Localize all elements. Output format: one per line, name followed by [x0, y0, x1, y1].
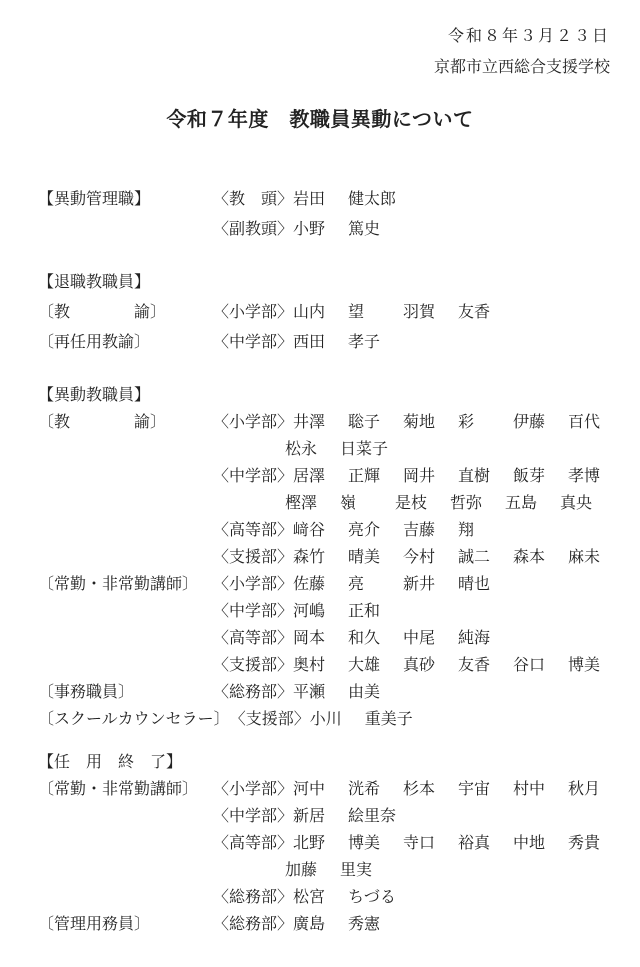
role-label — [38, 436, 213, 463]
given-name: 秀憲 — [348, 911, 403, 938]
role-label — [38, 598, 213, 625]
surname: 真砂 — [403, 652, 458, 679]
section-management-transfers: 【異動管理職】〈教 頭〉岩田健太郎〈副教頭〉小野篤史 — [38, 185, 640, 245]
table-row: 〈副教頭〉小野篤史 — [38, 215, 640, 245]
given-name: 晴也 — [458, 571, 513, 598]
role-label: 〔教 諭〕 — [38, 409, 213, 436]
given-name: ちづる — [348, 884, 403, 911]
dept-label: 〈副教頭〉 — [213, 215, 293, 245]
given-name: 大雄 — [348, 652, 403, 679]
table-row: 〔再任用教諭〕〈中学部〉西田孝子 — [38, 328, 640, 358]
dept-label: 〈中学部〉 — [213, 328, 293, 358]
surname: 平瀬 — [293, 679, 348, 706]
given-name: 望 — [348, 298, 403, 328]
surname: 森竹 — [293, 544, 348, 571]
given-name: 正輝 — [348, 463, 403, 490]
person-name: 山内望 — [293, 298, 403, 328]
role-label — [38, 652, 213, 679]
dept-label: 〈高等部〉 — [213, 517, 293, 544]
surname: 佐藤 — [293, 571, 348, 598]
table-row: 〈高等部〉﨑谷亮介吉藤翔 — [38, 517, 640, 544]
given-name: 里実 — [340, 857, 395, 884]
person-name: 河嶋正和 — [293, 598, 403, 625]
given-name: 亮介 — [348, 517, 403, 544]
person-name: 平瀬由美 — [293, 679, 403, 706]
given-name: 友香 — [458, 298, 513, 328]
surname: 五島 — [505, 490, 560, 517]
person-name: 佐藤亮 — [293, 571, 403, 598]
section-heading-row: 【任 用 終 了】 — [38, 749, 640, 776]
person-name: 奥村大雄 — [293, 652, 403, 679]
surname: 羽賀 — [403, 298, 458, 328]
table-row: 〈高等部〉北野博美寺口裕真中地秀貴 — [38, 830, 640, 857]
given-name: 聡子 — [348, 409, 403, 436]
table-row: 〈総務部〉松宮ちづる — [38, 884, 640, 911]
role-label — [38, 517, 213, 544]
person-name: 真砂友香 — [403, 652, 513, 679]
given-name: 博美 — [568, 652, 623, 679]
table-row: 〔教 諭〕〈小学部〉井澤聡子菊地彩伊藤百代 — [38, 409, 640, 436]
section-retired-staff: 【退職教職員】〔教 諭〕〈小学部〉山内望羽賀友香〔再任用教諭〕〈中学部〉西田孝子 — [38, 268, 640, 358]
dept-label: 〈中学部〉 — [213, 598, 293, 625]
role-label — [38, 857, 213, 884]
given-name: 秀貴 — [568, 830, 623, 857]
surname: 中尾 — [403, 625, 458, 652]
surname: 樫澤 — [285, 490, 340, 517]
section-heading: 【任 用 終 了】 — [38, 749, 182, 776]
role-label — [38, 830, 213, 857]
given-name: 嶺 — [340, 490, 395, 517]
surname: 小野 — [293, 215, 348, 245]
surname: 小川 — [310, 706, 365, 733]
dept-label: 〈総務部〉 — [213, 884, 293, 911]
person-name: 西田孝子 — [293, 328, 403, 358]
person-name: 河中洸希 — [293, 776, 403, 803]
table-row: 〈支援部〉奥村大雄真砂友香谷口博美 — [38, 652, 640, 679]
person-name: 小川重美子 — [310, 706, 420, 733]
table-row: 〔スクールカウンセラー〕〈支援部〉小川重美子 — [38, 706, 640, 733]
person-name: 村中秋月 — [513, 776, 623, 803]
given-name: 純海 — [458, 625, 513, 652]
surname: 吉藤 — [403, 517, 458, 544]
role-label: 〔再任用教諭〕 — [38, 328, 213, 358]
surname: 新井 — [403, 571, 458, 598]
dept-label: 〈小学部〉 — [213, 571, 293, 598]
section-transferred-staff: 【異動教職員】〔教 諭〕〈小学部〉井澤聡子菊地彩伊藤百代松永日菜子〈中学部〉居澤… — [38, 382, 640, 733]
table-row: 【異動管理職】〈教 頭〉岩田健太郎 — [38, 185, 640, 215]
person-name: 新井晴也 — [403, 571, 513, 598]
given-name: 百代 — [568, 409, 623, 436]
person-name: 樫澤嶺 — [285, 490, 395, 517]
dept-label — [213, 490, 285, 517]
section-heading: 【退職教職員】 — [38, 268, 150, 298]
surname: 河中 — [293, 776, 348, 803]
table-row: 樫澤嶺是枝哲弥五島真央 — [38, 490, 640, 517]
person-name: 居澤正輝 — [293, 463, 403, 490]
person-name: 谷口博美 — [513, 652, 623, 679]
surname: 井澤 — [293, 409, 348, 436]
given-name: 晴美 — [348, 544, 403, 571]
dept-label: 〈支援部〉 — [213, 544, 293, 571]
table-row: 〈支援部〉森竹晴美今村誠二森本麻未 — [38, 544, 640, 571]
dept-label: 〈総務部〉 — [213, 911, 293, 938]
document: 令和８年３月２３日 京都市立西総合支援学校 令和７年度 教職員異動について 【異… — [0, 0, 640, 967]
table-row: 〔常勤・非常勤講師〕〈小学部〉河中洸希杉本宇宙村中秋月 — [38, 776, 640, 803]
given-name: 健太郎 — [348, 185, 403, 215]
person-name: 飯芽孝博 — [513, 463, 623, 490]
given-name: 正和 — [348, 598, 403, 625]
person-name: 井澤聡子 — [293, 409, 403, 436]
person-name: 羽賀友香 — [403, 298, 513, 328]
surname: 北野 — [293, 830, 348, 857]
person-name: 是枝哲弥 — [395, 490, 505, 517]
surname: 奥村 — [293, 652, 348, 679]
given-name: 翔 — [458, 517, 513, 544]
given-name: 孝子 — [348, 328, 403, 358]
person-name: 菊地彩 — [403, 409, 513, 436]
dept-label — [213, 857, 285, 884]
person-name: 岩田健太郎 — [293, 185, 403, 215]
person-name: 松宮ちづる — [293, 884, 403, 911]
surname: 廣島 — [293, 911, 348, 938]
dept-label: 〈教 頭〉 — [213, 185, 293, 215]
person-name: 小野篤史 — [293, 215, 403, 245]
given-name: 博美 — [348, 830, 403, 857]
surname: 村中 — [513, 776, 568, 803]
surname: 菊地 — [403, 409, 458, 436]
table-row: 〈中学部〉居澤正輝岡井直樹飯芽孝博 — [38, 463, 640, 490]
dept-label: 〈支援部〉 — [213, 652, 293, 679]
table-row: 〈高等部〉岡本和久中尾純海 — [38, 625, 640, 652]
person-name: 寺口裕真 — [403, 830, 513, 857]
given-name: 由美 — [348, 679, 403, 706]
dept-label: 〈総務部〉 — [213, 679, 293, 706]
role-label: 〔スクールカウンセラー〕 — [38, 706, 230, 733]
given-name: 哲弥 — [450, 490, 505, 517]
surname: 寺口 — [403, 830, 458, 857]
section-heading-row: 【異動教職員】 — [38, 382, 640, 409]
given-name: 真央 — [560, 490, 615, 517]
section-heading: 【異動管理職】 — [38, 185, 213, 215]
surname: 岩田 — [293, 185, 348, 215]
given-name: 彩 — [458, 409, 513, 436]
person-name: 今村誠二 — [403, 544, 513, 571]
person-name: 森本麻未 — [513, 544, 623, 571]
surname: 杉本 — [403, 776, 458, 803]
given-name: 亮 — [348, 571, 403, 598]
surname: 松永 — [285, 436, 340, 463]
person-name: 中地秀貴 — [513, 830, 623, 857]
role-label — [38, 463, 213, 490]
given-name: 絵里奈 — [348, 803, 403, 830]
school-name: 京都市立西総合支援学校 — [0, 52, 610, 83]
person-name: 岡本和久 — [293, 625, 403, 652]
surname: 森本 — [513, 544, 568, 571]
surname: 新居 — [293, 803, 348, 830]
given-name: 孝博 — [568, 463, 623, 490]
date-line: 令和８年３月２３日 — [0, 21, 610, 52]
dept-label: 〈小学部〉 — [213, 409, 293, 436]
surname: 飯芽 — [513, 463, 568, 490]
surname: 谷口 — [513, 652, 568, 679]
surname: 岡井 — [403, 463, 458, 490]
role-label: 〔常勤・非常勤講師〕 — [38, 571, 213, 598]
surname: 﨑谷 — [293, 517, 348, 544]
surname: 山内 — [293, 298, 348, 328]
role-label — [38, 215, 213, 245]
dept-label: 〈高等部〉 — [213, 830, 293, 857]
person-name: 岡井直樹 — [403, 463, 513, 490]
surname: 岡本 — [293, 625, 348, 652]
person-name: 北野博美 — [293, 830, 403, 857]
table-row: 〈中学部〉河嶋正和 — [38, 598, 640, 625]
given-name: 直樹 — [458, 463, 513, 490]
given-name: 宇宙 — [458, 776, 513, 803]
given-name: 秋月 — [568, 776, 623, 803]
document-body: 【異動管理職】〈教 頭〉岩田健太郎〈副教頭〉小野篤史 【退職教職員】〔教 諭〕〈… — [38, 185, 640, 938]
person-name: 新居絵里奈 — [293, 803, 403, 830]
dept-label: 〈中学部〉 — [213, 463, 293, 490]
person-name: 吉藤翔 — [403, 517, 513, 544]
surname: 河嶋 — [293, 598, 348, 625]
dept-label: 〈中学部〉 — [213, 803, 293, 830]
section-heading-row: 【退職教職員】 — [38, 268, 640, 298]
surname: 今村 — [403, 544, 458, 571]
person-name: 五島真央 — [505, 490, 615, 517]
table-row: 〔管理用務員〕〈総務部〉廣島秀憲 — [38, 911, 640, 938]
dept-label: 〈小学部〉 — [213, 776, 293, 803]
role-label: 〔教 諭〕 — [38, 298, 213, 328]
table-row: 加藤里実 — [38, 857, 640, 884]
role-label: 〔管理用務員〕 — [38, 911, 213, 938]
role-label — [38, 625, 213, 652]
given-name: 裕真 — [458, 830, 513, 857]
surname: 加藤 — [285, 857, 340, 884]
given-name: 和久 — [348, 625, 403, 652]
given-name: 誠二 — [458, 544, 513, 571]
surname: 居澤 — [293, 463, 348, 490]
person-name: 森竹晴美 — [293, 544, 403, 571]
table-row: 〈中学部〉新居絵里奈 — [38, 803, 640, 830]
person-name: 﨑谷亮介 — [293, 517, 403, 544]
table-row: 〔事務職員〕〈総務部〉平瀬由美 — [38, 679, 640, 706]
document-header: 令和８年３月２３日 京都市立西総合支援学校 — [0, 21, 640, 83]
section-heading: 【異動教職員】 — [38, 382, 150, 409]
surname: 中地 — [513, 830, 568, 857]
surname: 西田 — [293, 328, 348, 358]
role-label — [38, 884, 213, 911]
table-row: 松永日菜子 — [38, 436, 640, 463]
given-name: 篤史 — [348, 215, 403, 245]
document-title: 令和７年度 教職員異動について — [0, 105, 640, 135]
dept-label: 〈高等部〉 — [213, 625, 293, 652]
person-name: 伊藤百代 — [513, 409, 623, 436]
table-row: 〔常勤・非常勤講師〕〈小学部〉佐藤亮新井晴也 — [38, 571, 640, 598]
role-label — [38, 803, 213, 830]
surname: 是枝 — [395, 490, 450, 517]
table-row: 〔教 諭〕〈小学部〉山内望羽賀友香 — [38, 298, 640, 328]
role-label: 〔常勤・非常勤講師〕 — [38, 776, 213, 803]
surname: 伊藤 — [513, 409, 568, 436]
given-name: 麻未 — [568, 544, 623, 571]
person-name: 杉本宇宙 — [403, 776, 513, 803]
given-name: 重美子 — [365, 706, 420, 733]
person-name: 廣島秀憲 — [293, 911, 403, 938]
person-name: 中尾純海 — [403, 625, 513, 652]
dept-label — [213, 436, 285, 463]
given-name: 日菜子 — [340, 436, 395, 463]
surname: 松宮 — [293, 884, 348, 911]
person-name: 松永日菜子 — [285, 436, 395, 463]
role-label — [38, 544, 213, 571]
dept-label: 〈小学部〉 — [213, 298, 293, 328]
dept-label: 〈支援部〉 — [230, 706, 310, 733]
role-label — [38, 490, 213, 517]
given-name: 友香 — [458, 652, 513, 679]
given-name: 洸希 — [348, 776, 403, 803]
person-name: 加藤里実 — [285, 857, 395, 884]
section-appointment-ended: 【任 用 終 了】〔常勤・非常勤講師〕〈小学部〉河中洸希杉本宇宙村中秋月〈中学部… — [38, 749, 640, 938]
role-label: 〔事務職員〕 — [38, 679, 213, 706]
